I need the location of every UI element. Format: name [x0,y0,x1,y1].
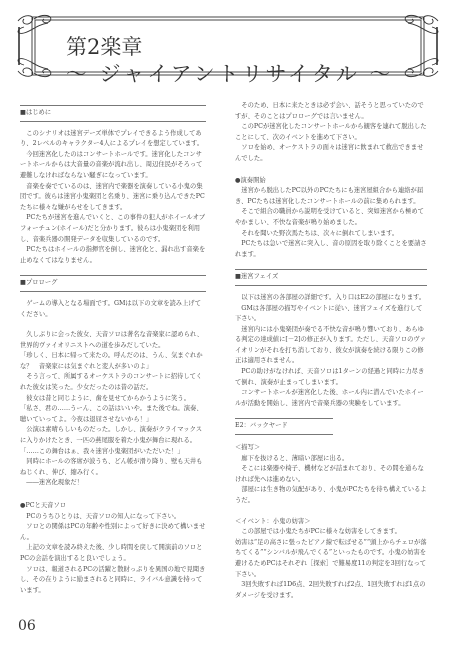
paragraph: コンサートホールが迷宮化した後、ホール内に潜んでいたホイールが活動を開始し、迷宮… [235,388,427,409]
section-heading-maze-phase: ■迷宮フェイズ [235,269,427,286]
dialogue: 「私さ、君の……うーん、この話はいいや。また後でね。演奏、聴いていってよ。今夜は… [20,404,206,425]
section-heading-prologue: ■プロローグ [20,275,206,292]
paragraph: ソロを始め、オーケストラの面々は迷宮に飲まれて救出できませんでした。 [235,143,427,164]
paragraph: そのため、日本に来たときは必ず会い、話そうと思っていたのですが、そのことはプロロ… [235,101,427,122]
paragraph: 公演は素晴らしいものだった。しかし、演奏がクライマックスに入りかけたとき、一匹の… [20,425,206,446]
dialogue: 「珍しく、日本に帰って来たの。呼んだのは、うん、気まぐれかな？ 音楽家には気まぐ… [20,351,206,372]
subsection-heading-pc-solo: ●PCと天音ソロ [20,501,206,512]
paragraph: 以下は迷宮の各部屋の詳細です。入り口はE2の部屋になります。 [235,293,427,304]
section-heading-intro: ■はじめに [20,105,206,122]
event-label: ＜イベント：小鬼の妨害＞ [235,517,427,528]
paragraph: 3回失敗すれば1D6点、2回失敗すれば2点、1回失敗すれば1点のダメージを受けま… [235,580,427,601]
right-column: そのため、日本に来たときは必ず会い、話そうと思っていたのですが、そのことはプロロ… [235,101,427,601]
paragraph: PCたちは急いで迷宮に突入し、音の原因を取り除くことを要請されます。 [235,239,427,260]
paragraph: 妨害は“足の高さに張ったピアノ線で転ばせる”“頭上からチェロが落ちてくる”“シン… [235,538,427,580]
paragraph: ソロは、報道されるPCの活躍と散財っぷりを異国の地で見聞きし、その在りように励ま… [20,565,206,597]
paragraph: ゲームの導入となる場面です。GMは以下の文章を読み上げてください。 [20,299,206,320]
paragraph: 今回迷宮化したのはコンサートホールです。迷宮化したコンサートホールからは大音量の… [20,150,206,182]
chapter-number: 第2楽章 [66,31,142,61]
paragraph: 迷宮内には小鬼楽団が奏でる不快な音が鳴り響いており、あらゆる判定の達成値に[－2… [235,325,427,367]
paragraph: このシナリオは迷宮デーズ単体でプレイできるよう作成してあり、2レベルのキャラクタ… [20,129,206,150]
paragraph: そこで組合の職員から説明を受けていると、突如迷宮から極めてやかましい、不快な音楽… [235,207,427,228]
paragraph: そう言って、所属するオーケストラのコンサートに招待してくれた彼女は笑った。少女だ… [20,372,206,393]
description-label: ＜描写＞ [235,443,427,454]
subsection-heading-performance: ●演奏開始 [235,176,427,187]
chapter-subtitle: ～ ジャイアントリサイタル ～ [66,58,394,88]
paragraph: ――迷宮化現象だ！ [20,478,206,489]
paragraph: 久しぶりに会った彼女、天音ソロは著名な音楽家に認められ、世界的ヴァイオリニストへ… [20,330,206,351]
paragraph: 同時にホールの客席が波うち、どん帳が滑り降り、壁も天井もねじくれ、伸び、縮み行く… [20,457,206,478]
room-heading-e2: E2：バックヤード [235,418,333,435]
page-number: 06 [18,618,36,634]
paragraph: PCの助けがなければ、天音ソロは1ターンの経過と同時に力尽きて倒れ、演奏が止まっ… [235,367,427,388]
paragraph: それを聞いた野次馬たちは、次々に倒れてしまいます。 [235,229,427,240]
paragraph: ソロとの関係はPCの年齢や性別によって好きに決めて構いません。 [20,522,206,543]
paragraph: そこには楽器や椅子、機材などが詰まれており、その間を通らなければ先へは進めない。 [235,464,427,485]
paragraph: GMは各部屋の描写やイベントに従い、迷宮フェイズを進行して下さい。 [235,304,427,325]
chapter-title-frame: 第2楽章 ～ ジャイアントリサイタル ～ [14,13,442,79]
paragraph: 廊下を抜けると、薄暗い部屋に出る。 [235,454,427,465]
paragraph: PCたちはホイールの指揮官を倒し、迷宮化と、漏れ出す音楽を止めなくてはなりません… [20,245,206,266]
paragraph: 上記の文章を読み終えた後、少し時間を戻して開演前のソロとPCの会話を演出すると良… [20,543,206,564]
paragraph: 彼女は昔と同じように、歯を見せてからかうように笑う。 [20,394,206,405]
left-column: ■はじめに このシナリオは迷宮デーズ単体でプレイできるよう作成してあり、2レベル… [20,100,206,596]
paragraph: 音楽を奏でているのは、迷宮内で楽器を演奏している小鬼の集団です。彼らは迷宮小鬼楽… [20,182,206,214]
paragraph: PCのうちひとりは、天音ソロの知人になって下さい。 [20,512,206,523]
paragraph: 部屋には生き物の気配があり、小鬼がPCたちを待ち構えているようだ。 [235,485,427,506]
paragraph: このPCが迷宮化したコンサートホールから観客を連れて脱出したことにして、次のイベ… [235,122,427,143]
paragraph: この部屋では小鬼たちがPCに様々な妨害をしてきます。 [235,527,427,538]
paragraph: PCたちが迷宮を進んでいくと、この事件の犯人がホイールオブフォーチュン(ホイール… [20,213,206,245]
paragraph: 迷宮から脱出したPC以外のPCたちにも迷宮屋組合から連絡が届き、PCたちは迷宮化… [235,186,427,207]
dialogue: 「……この舞台はぁ、我々迷宮小鬼楽団がいただいた！」 [20,447,206,458]
